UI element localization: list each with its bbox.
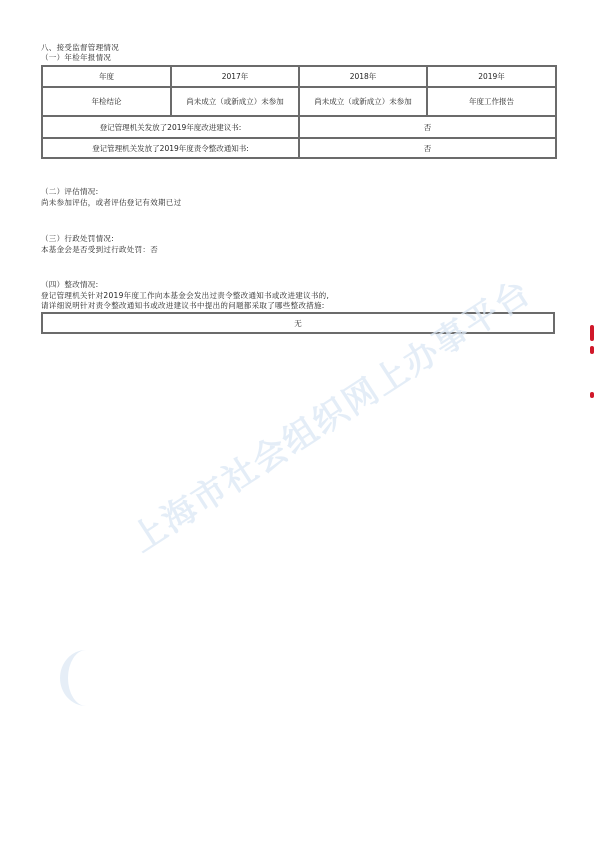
table-row: 登记管理机关发放了2019年度责令整改通知书: 否 xyxy=(42,138,556,158)
rectification-notice-value: 否 xyxy=(299,138,556,158)
improvement-letter-value: 否 xyxy=(299,116,556,138)
table-header-row: 年度 2017年 2018年 2019年 xyxy=(42,66,556,87)
rectification-line-2: 请详细说明针对责令整改通知书或改进建议书中提出的问题都采取了哪些整改措施: xyxy=(41,301,325,310)
rectification-heading: （四）整改情况: xyxy=(41,280,98,289)
improvement-letter-label: 登记管理机关发放了2019年度改进建议书: xyxy=(42,116,299,138)
header-year: 年度 xyxy=(42,66,171,87)
result-2018: 尚未成立（或新成立）未参加 xyxy=(299,87,427,116)
rectification-notice-label: 登记管理机关发放了2019年度责令整改通知书: xyxy=(42,138,299,158)
header-2018: 2018年 xyxy=(299,66,427,87)
seal-fragment-icon xyxy=(590,392,594,398)
seal-fragment-icon xyxy=(590,346,594,354)
annual-inspection-heading: （一）年检年报情况 xyxy=(41,53,111,62)
result-2019: 年度工作报告 xyxy=(427,87,556,116)
rectification-line-1: 登记管理机关针对2019年度工作向本基金会发出过责令整改通知书或改进建议书的, xyxy=(41,291,329,300)
seal-fragment-icon xyxy=(590,325,594,341)
table-row: 登记管理机关发放了2019年度改进建议书: 否 xyxy=(42,116,556,138)
watermark-logo-icon xyxy=(60,650,112,706)
penalty-text: 本基金会是否受到过行政处罚：否 xyxy=(41,245,158,254)
evaluation-heading: （二）评估情况: xyxy=(41,187,98,196)
header-2019: 2019年 xyxy=(427,66,556,87)
section-title: 八、接受监督管理情况 xyxy=(41,43,119,52)
header-2017: 2017年 xyxy=(171,66,299,87)
result-2017: 尚未成立（或新成立）未参加 xyxy=(171,87,299,116)
evaluation-text: 尚未参加评估，或者评估登记有效期已过 xyxy=(41,198,181,207)
result-label: 年检结论 xyxy=(42,87,171,116)
penalty-heading: （三）行政处罚情况: xyxy=(41,234,114,243)
table-row: 年检结论 尚未成立（或新成立）未参加 尚未成立（或新成立）未参加 年度工作报告 xyxy=(42,87,556,116)
annual-inspection-table: 年度 2017年 2018年 2019年 年检结论 尚未成立（或新成立）未参加 … xyxy=(41,65,557,159)
